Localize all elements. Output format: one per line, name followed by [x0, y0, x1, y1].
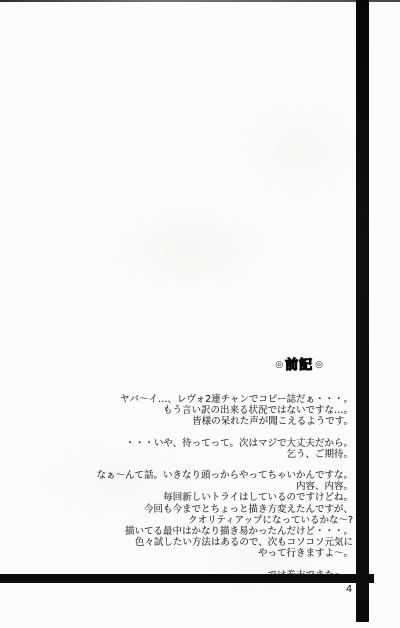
preface-paragraph-wait: ・・・いや、待ってって。次はマジで大丈夫だから。乞う、ご期待。	[93, 438, 353, 460]
text-line: 色々試したい方法はあるので、次もコソコソ元気に	[93, 537, 353, 548]
text-line: 描いてる最中はかなり描き易かったんだけど・・・。	[93, 526, 353, 537]
text-line: なぁ〜んて話。いきなり頭っからやってちゃいかんですな。	[93, 470, 353, 481]
title-left-ornament-icon: ◎	[275, 360, 283, 370]
preface-paragraph-opening: ヤバ〜イ…、レヴォ2連チャンでコピー誌だぁ・・・。もう言い訳の出来る状況ではない…	[93, 394, 353, 428]
text-line: 今回も今までとちょっと描き方変えたんですが、	[93, 504, 353, 515]
preface-text-block: ◎前記◎ ヤバ〜イ…、レヴォ2連チャンでコピー誌だぁ・・・。もう言い訳の出来る状…	[93, 358, 353, 581]
text-line: ・・・いや、待ってって。次はマジで大丈夫だから。	[93, 438, 353, 449]
text-line: ヤバ〜イ…、レヴォ2連チャンでコピー誌だぁ・・・。	[93, 394, 353, 405]
text-line: 内容、内容。	[93, 481, 353, 492]
text-line: 皆様の呆れた声が聞こえるようです。	[93, 416, 353, 427]
top-edge-scan-line	[0, 0, 400, 2]
title-right-ornament-icon: ◎	[315, 360, 323, 370]
preface-title: ◎前記◎	[93, 358, 323, 373]
scanned-page: ◎前記◎ ヤバ〜イ…、レヴォ2連チャンでコピー誌だぁ・・・。もう言い訳の出来る状…	[0, 0, 400, 628]
text-line: やって行きますよ〜。	[93, 548, 353, 559]
gutter-vertical-bar	[356, 0, 369, 622]
preface-paragraph-content-talk: なぁ〜んて話。いきなり頭っからやってちゃいかんですな。内容、内容。毎回新しいトラ…	[93, 470, 353, 560]
text-line: クオリティアップになっているかな〜?	[93, 515, 353, 526]
footer-horizontal-rule	[0, 574, 374, 583]
preface-title-text: 前記	[283, 358, 315, 373]
preface-paragraphs: ヤバ〜イ…、レヴォ2連チャンでコピー誌だぁ・・・。もう言い訳の出来る状況ではない…	[93, 394, 353, 581]
text-line: 毎回新しいトライはしているのですけどね。	[93, 492, 353, 503]
text-line: もう言い訳の出来る状況ではないですな…。	[93, 405, 353, 416]
page-number: 4	[343, 584, 355, 595]
text-line: 乞う、ご期待。	[93, 449, 353, 460]
